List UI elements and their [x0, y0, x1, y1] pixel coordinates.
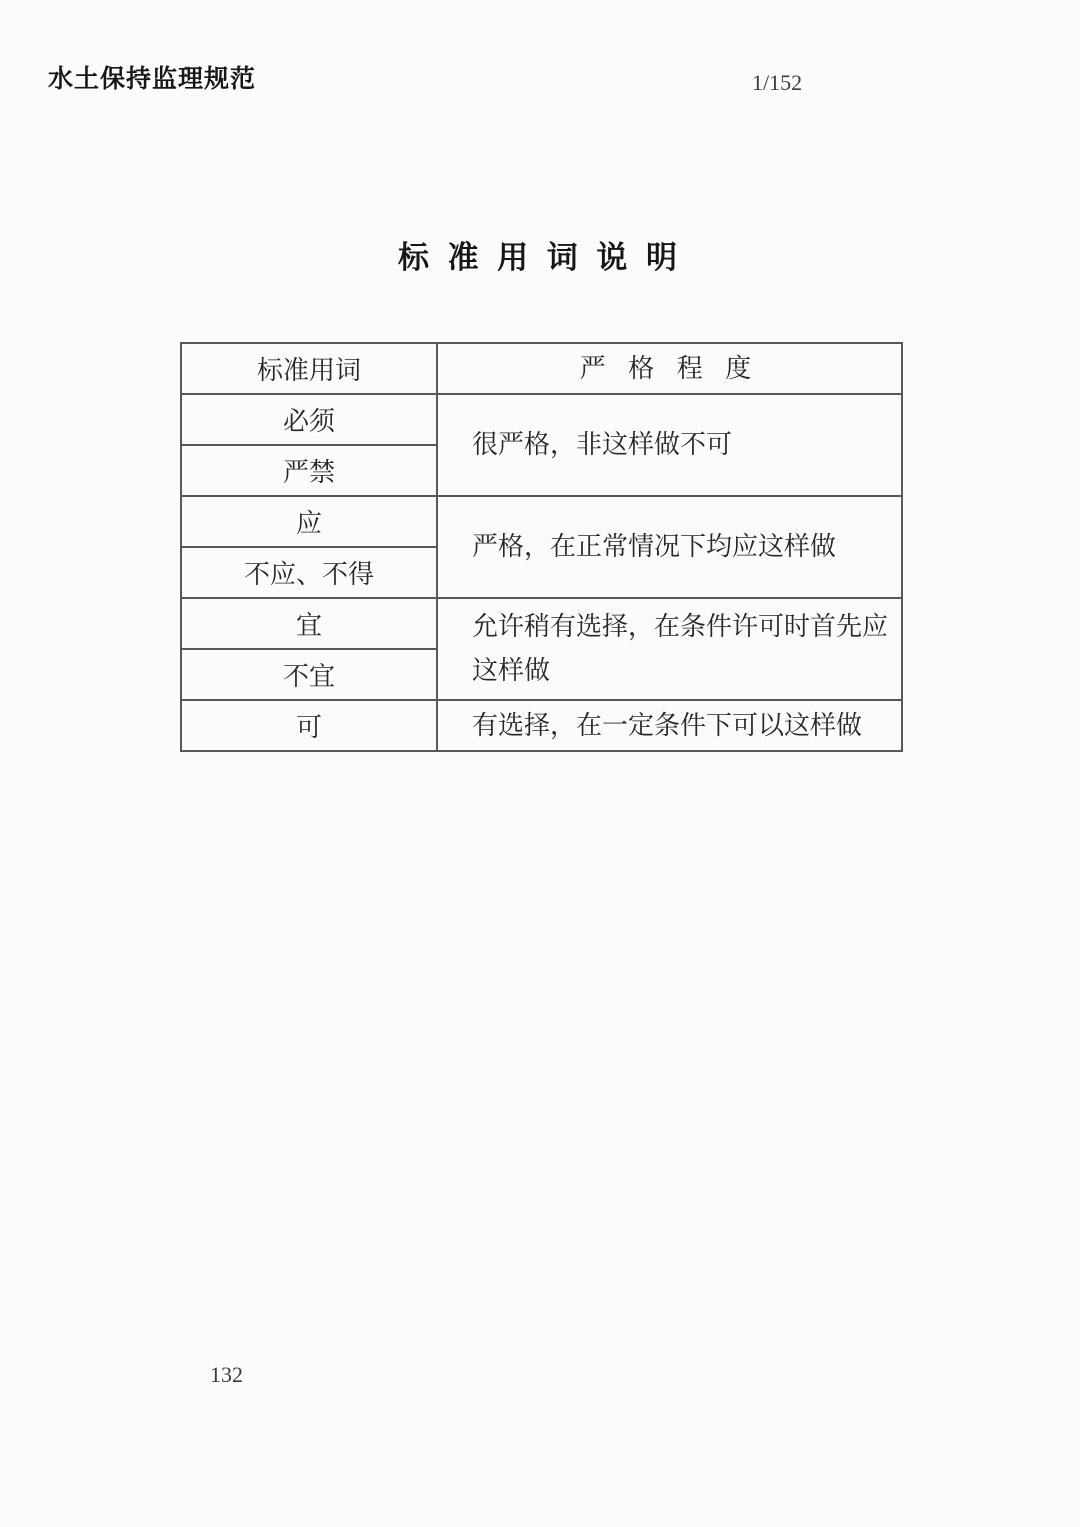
footer-page-number: 132 — [210, 1362, 243, 1388]
severity-cell: 严格，在正常情况下均应这样做 — [437, 496, 902, 598]
table-row: 必须 很严格，非这样做不可 — [181, 394, 902, 445]
severity-cell: 允许稍有选择，在条件许可时首先应这样做 — [437, 598, 902, 700]
page-indicator: 1/152 — [752, 70, 802, 96]
table-row: 应 严格，在正常情况下均应这样做 — [181, 496, 902, 547]
column-header-severity: 严 格 程 度 — [437, 343, 902, 394]
severity-cell: 有选择，在一定条件下可以这样做 — [437, 700, 902, 751]
table-header-row: 标准用词 严 格 程 度 — [181, 343, 902, 394]
document-page: 水土保持监理规范 1/152 标 准 用 词 说 明 标准用词 严 格 程 度 … — [0, 0, 1080, 1527]
document-header-title: 水土保持监理规范 — [48, 64, 256, 94]
term-cell: 不应、不得 — [181, 547, 437, 598]
table-row: 可 有选择，在一定条件下可以这样做 — [181, 700, 902, 751]
column-header-term: 标准用词 — [181, 343, 437, 394]
severity-cell: 很严格，非这样做不可 — [437, 394, 902, 496]
term-cell: 严禁 — [181, 445, 437, 496]
term-cell: 可 — [181, 700, 437, 751]
term-cell: 宜 — [181, 598, 437, 649]
term-cell: 不宜 — [181, 649, 437, 700]
page-title: 标 准 用 词 说 明 — [0, 240, 1080, 276]
term-cell: 必须 — [181, 394, 437, 445]
standard-terms-table: 标准用词 严 格 程 度 必须 很严格，非这样做不可 严禁 应 严格，在正常情况… — [180, 342, 903, 752]
table-row: 宜 允许稍有选择，在条件许可时首先应这样做 — [181, 598, 902, 649]
term-cell: 应 — [181, 496, 437, 547]
